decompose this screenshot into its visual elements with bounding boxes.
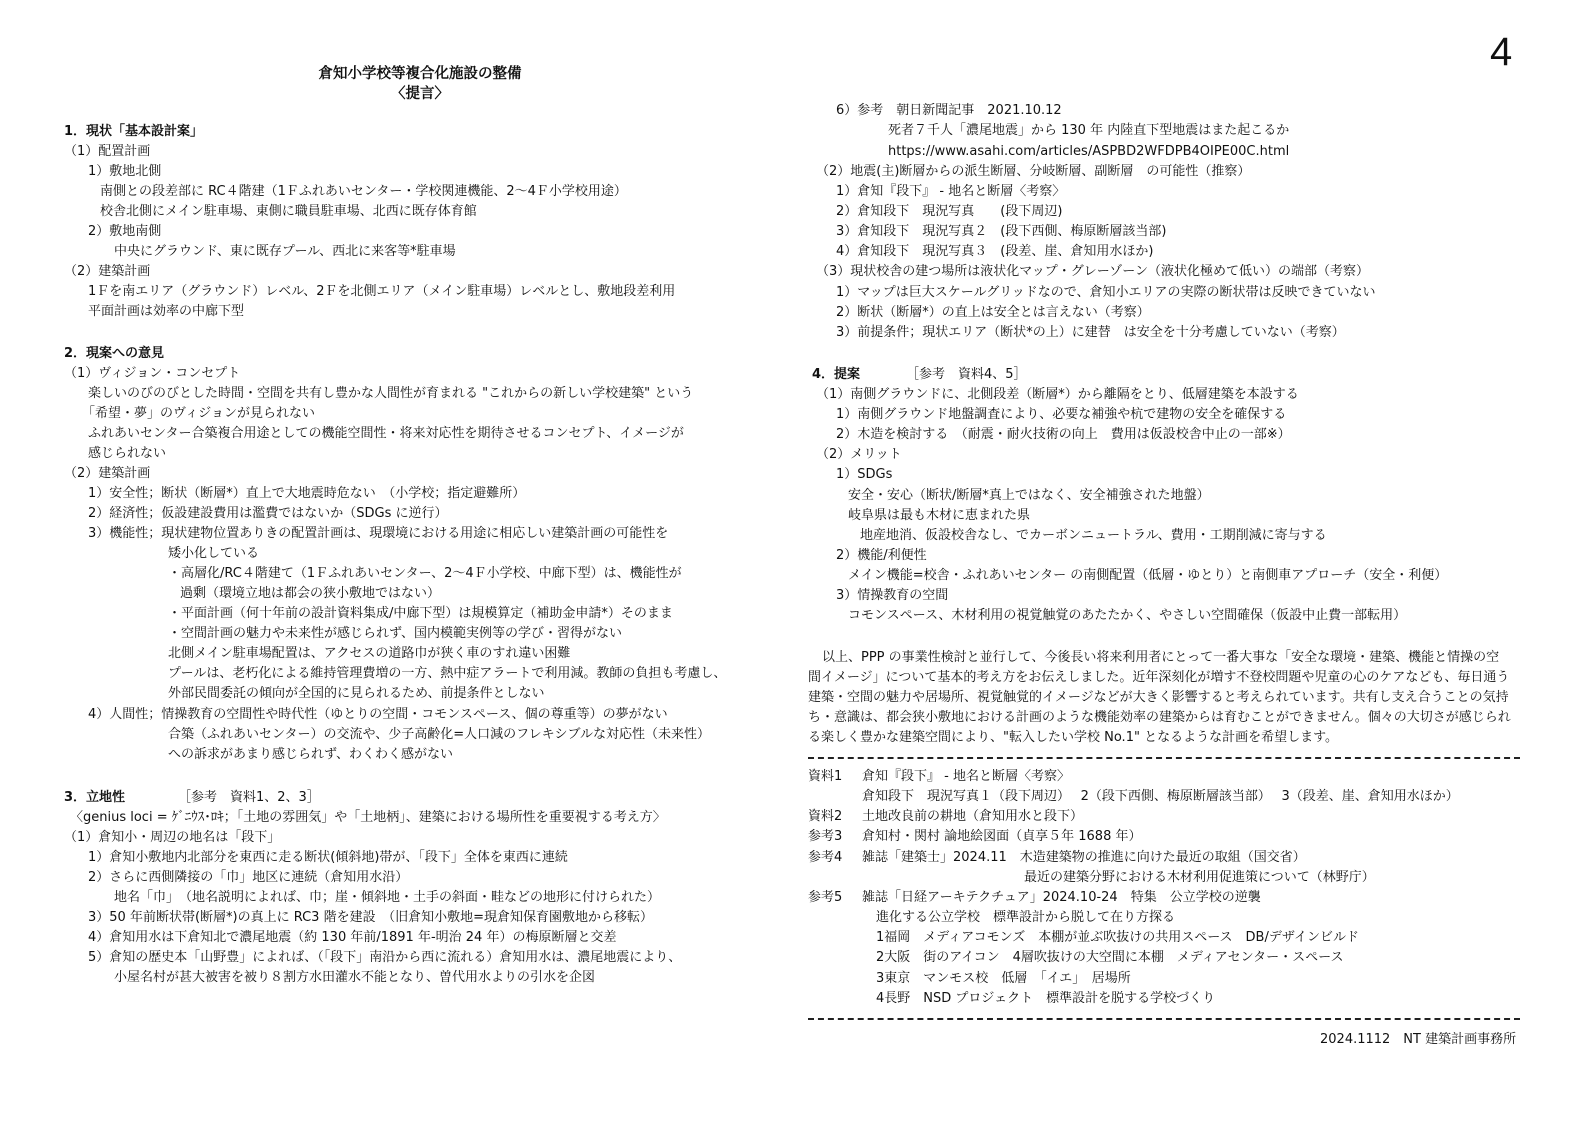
s2-item-2: （2）建築計画: [64, 465, 150, 483]
s1-text: 校舎北側にメイン駐車場、東側に職員駐車場、北西に既存体育館: [100, 203, 477, 221]
s3-note: 〈genius loci = ｹﾞﾆｳｽ･ﾛｷ；「土地の雰囲気」や「土地柄」、建…: [70, 809, 666, 827]
s4-text: 地産地消、仮設校舎なし、でカーボンニュートラル、費用・工期削減に寄与する: [860, 527, 1327, 545]
divider: [808, 757, 1520, 759]
s3-item-2-4: 4）倉知段下 現況写真３ (段差、崖、倉知用水ほか): [836, 243, 1153, 261]
section-3-heading: 3．立地性: [64, 789, 125, 807]
s3-item-1-1: 1）倉知小敷地内北部分を東西に走る断状(傾斜地)帯が、「段下」全体を東西に連続: [88, 849, 568, 867]
reference-label: 参考4: [808, 849, 842, 867]
s3-item-3-2: 2）断状（断層*）の直上は安全とは言えない（考察）: [836, 304, 1150, 322]
s4-text: 安全・安心（断状/断層*真上ではなく、安全補強された地盤）: [848, 487, 1210, 505]
s2-bullet: ・空間計画の魅力や未来性が感じられず、国内模範実例等の学び・習得がない: [168, 625, 622, 643]
s3-text: 死者７千人「濃尾地震」から 130 年 内陸直下型地震はまた起こるか: [888, 122, 1289, 140]
s1-text: 中央にグラウンド、東に既存プール、西北に来客等*駐車場: [114, 243, 456, 261]
s2-item-2-3: 3）機能性；現状建物位置ありきの配置計画は、現環境における用途に相応しい建築計画…: [88, 525, 668, 543]
s2-bullet: ・平面計画（何十年前の設計資料集成/中廊下型）は規模算定（補助金申請*）そのまま: [168, 605, 673, 623]
s4-text: 岐阜県は最も木材に恵まれた県: [848, 507, 1030, 525]
section-4-heading: 4．提案: [812, 366, 860, 384]
s3-text: 小屋名村が甚大被害を被り８割方水田灌水不能となり、曽代用水よりの引水を企図: [114, 969, 595, 987]
reference-label: 資料2: [808, 808, 842, 826]
s4-text: コモンスペース、木材利用の視覚触覚のあたたかく、やさしい空間確保（仮設中止費一部…: [848, 607, 1406, 625]
s3-item-3: （3）現状校舎の建つ場所は液状化マップ・グレーゾーン（液状化極めて低い）の端部（…: [816, 263, 1369, 281]
s2-text: への訴求があまり感じられず、わくわく感がない: [168, 746, 453, 764]
s3-text: 地名「巾」 （地名説明によれば、巾；崖・傾斜地・土手の斜面・畦などの地形に付けら…: [114, 889, 660, 907]
s1-text: 1Ｆを南エリア（グラウンド）レベル、2Ｆを北側エリア（メイン駐車場）レベルとし、…: [88, 283, 675, 301]
s1-item-2: （2）建築計画: [64, 263, 150, 281]
s2-text: ふれあいセンター合築複合用途としての機能空間性・将来対応性を期待させるコンセプト…: [88, 425, 684, 443]
s2-bullet: ・高層化/RC４階建て（1Ｆふれあいセンター、2～4Ｆ小学校、中廊下型）は、機能…: [168, 565, 682, 583]
closing-paragraph-line: 間イメージ」について基本的考え方をお伝えしました。近年深刻化が増す不登校問題や児…: [808, 669, 1509, 687]
s3-item-1-3: 3）50 年前断状帯(断層*)の真上に RC3 階を建設 （旧倉知小敷地=現倉知…: [88, 909, 653, 927]
s4-item-2-1: 1）SDGs: [836, 466, 892, 484]
s1-text: 南側との段差部に RC４階建（1Ｆふれあいセンター・学校関連機能、2～4Ｆ小学校…: [100, 183, 627, 201]
s1-item-1-2: 2）敷地南側: [88, 223, 161, 241]
reference-item: 1福岡 メディアコモンズ 本棚が並ぶ吹抜けの共用スペース DB/デザインビルド: [876, 929, 1359, 947]
reference-item: 4長野 NSD プロジェクト 標準設計を脱する学校づくり: [876, 990, 1215, 1008]
s2-text: 「希望・夢」のヴィジョンが見られない: [82, 405, 315, 423]
section-4-reference: ［参考 資料4、5］: [906, 366, 1027, 384]
s2-text: プールは、老朽化による維持管理費増の一方、熱中症アラートで利用減。教師の負担も考…: [168, 665, 726, 683]
s3-item-2-2: 2）倉知段下 現況写真 (段下周辺): [836, 203, 1062, 221]
reference-item: 3東京 マンモス校 低層 「イエ」 居場所: [876, 970, 1131, 988]
s2-item-2-2: 2）経済性；仮設建設費用は濫費ではないか（SDGs に逆行）: [88, 505, 448, 523]
document-subtitle: 〈提言〉: [250, 82, 590, 103]
closing-paragraph-line: 以上、PPP の事業性検討と並行して、今後長い将来利用者にとって一番大事な「安全…: [822, 649, 1499, 667]
s3-item-2-1: 1）倉知『段下』 - 地名と断層〈考察〉: [836, 183, 1065, 201]
closing-paragraph-line: 建築・空間の魅力や居場所、視覚触覚的イメージなどが大きく影響すると考えられていま…: [808, 689, 1509, 707]
s4-text: メイン機能=校舎・ふれあいセンター の南側配置（低層・ゆとり）と南側車アプローチ…: [848, 567, 1447, 585]
s2-text: 楽しいのびのびとした時間・空間を共有し豊かな人間性が育まれる "これからの新しい…: [88, 385, 693, 403]
article-url-link[interactable]: https://www.asahi.com/articles/ASPBD2WFD…: [888, 143, 1289, 161]
divider: [808, 1018, 1520, 1020]
closing-paragraph-line: ち・意識は、都会狭小敷地における計画のような機能効率の建築からは育むことができま…: [808, 709, 1511, 727]
reference-label: 参考5: [808, 889, 842, 907]
s3-item-2-3: 3）倉知段下 現況写真２ (段下西側、梅原断層該当部): [836, 223, 1166, 241]
reference-item: 倉知段下 現況写真１（段下周辺） 2（段下西側、梅原断層該当部） 3（段差、崖、…: [862, 788, 1459, 806]
s2-item-1: （1）ヴィジョン・コンセプト: [64, 365, 240, 383]
section-3-reference: ［参考 資料1、2、3］: [178, 789, 320, 807]
s3-item-1-5: 5）倉知の歴史本「山野豊」によれば、（「段下」南沿から西に流れる）倉知用水は、濃…: [88, 949, 681, 967]
s4-item-2-3: 3）情操教育の空間: [836, 587, 948, 605]
reference-item: 進化する公立学校 標準設計から脱して在り方探る: [876, 909, 1175, 927]
section-2-heading: 2．現案への意見: [64, 345, 164, 363]
reference-label: 参考3: [808, 828, 842, 846]
footer-date-author: 2024.1112 NT 建築計画事務所: [1320, 1031, 1516, 1049]
s4-item-1-1: 1）南側グラウンド地盤調査により、必要な補強や杭で建物の安全を確保する: [836, 406, 1286, 424]
s1-item-1-1: 1）敷地北側: [88, 163, 161, 181]
s3-item-1-6: 6）参考 朝日新聞記事 2021.10.12: [836, 102, 1062, 120]
s4-item-1-2: 2）木造を検討する （耐震・耐火技術の向上 費用は仮設校舎中止の一部※）: [836, 426, 1291, 444]
s4-item-2: （2）メリット: [816, 446, 902, 464]
s2-text: 感じられない: [88, 445, 166, 463]
s1-item-1: （1）配置計画: [64, 143, 150, 161]
s2-item-2-4: 4）人間性；情操教育の空間性や時代性（ゆとりの空間・コモンスペース、個の尊重等）…: [88, 706, 668, 724]
section-1-heading: 1．現状「基本設計案」: [64, 123, 203, 141]
s2-text: 過剰（環境立地は都会の狭小敷地ではない）: [180, 585, 440, 603]
s3-item-1-4: 4）倉知用水は下倉知北で濃尾地震（約 130 年前/1891 年-明治 24 年…: [88, 929, 616, 947]
s2-text: 外部民間委託の傾向が全国的に見られるため、前提条件としない: [168, 685, 544, 703]
s2-text: 北側メイン駐車場配置は、アクセスの道路巾が狭く車のすれ違い困難: [168, 645, 570, 663]
reference-item: 最近の建築分野における木材利用促進策について（林野庁）: [1024, 869, 1375, 887]
reference-item: 土地改良前の耕地（倉知用水と段下）: [862, 808, 1083, 826]
s3-item-1: （1）倉知小・周辺の地名は「段下」: [64, 829, 280, 847]
s4-item-2-2: 2）機能/利便性: [836, 547, 927, 565]
s2-text: 矮小化している: [168, 545, 259, 563]
reference-item: 倉知村・関村 論地絵図面（貞享５年 1688 年）: [862, 828, 1141, 846]
reference-item: 倉知『段下』 - 地名と断層〈考察〉: [862, 768, 1070, 786]
s1-text: 平面計画は効率の中廊下型: [88, 303, 244, 321]
s3-item-3-3: 3）前提条件；現状エリア（断状*の上）に建替 は安全を十分考慮していない（考察）: [836, 324, 1345, 342]
s3-item-1-2: 2）さらに西側隣接の「巾」地区に連続（倉知用水沿）: [88, 869, 408, 887]
s2-item-2-1: 1）安全性；断状（断層*）直上で大地震時危ない （小学校；指定避難所）: [88, 485, 525, 503]
s4-item-1: （1）南側グラウンドに、北側段差（断層*）から離隔をとり、低層建築を本設する: [816, 386, 1299, 404]
s3-item-2: （2）地震(主)断層からの派生断層、分岐断層、副断層 の可能性（推察）: [816, 163, 1250, 181]
document-title: 倉知小学校等複合化施設の整備: [250, 62, 590, 83]
closing-paragraph-line: る楽しく豊かな建築空間により、"転入したい学校 No.1" となるような計画を希…: [808, 729, 1338, 747]
page-number: 4: [1490, 30, 1512, 75]
reference-label: 資料1: [808, 768, 842, 786]
s2-text: 合築（ふれあいセンター）の交流や、少子高齢化=人口減のフレキシブルな対応性（未来…: [168, 726, 710, 744]
reference-item: 雑誌「日経アーキテクチュア」2024.10-24 特集 公立学校の逆襲: [862, 889, 1261, 907]
reference-item: 2大阪 街のアイコン 4層吹抜けの大空間に本棚 メディアセンター・スペース: [876, 949, 1344, 967]
reference-item: 雑誌「建築士」2024.11 木造建築物の推進に向けた最近の取組（国交省）: [862, 849, 1306, 867]
s3-item-3-1: 1）マップは巨大スケールグリッドなので、倉知小エリアの実際の断状帯は反映できてい…: [836, 284, 1375, 302]
